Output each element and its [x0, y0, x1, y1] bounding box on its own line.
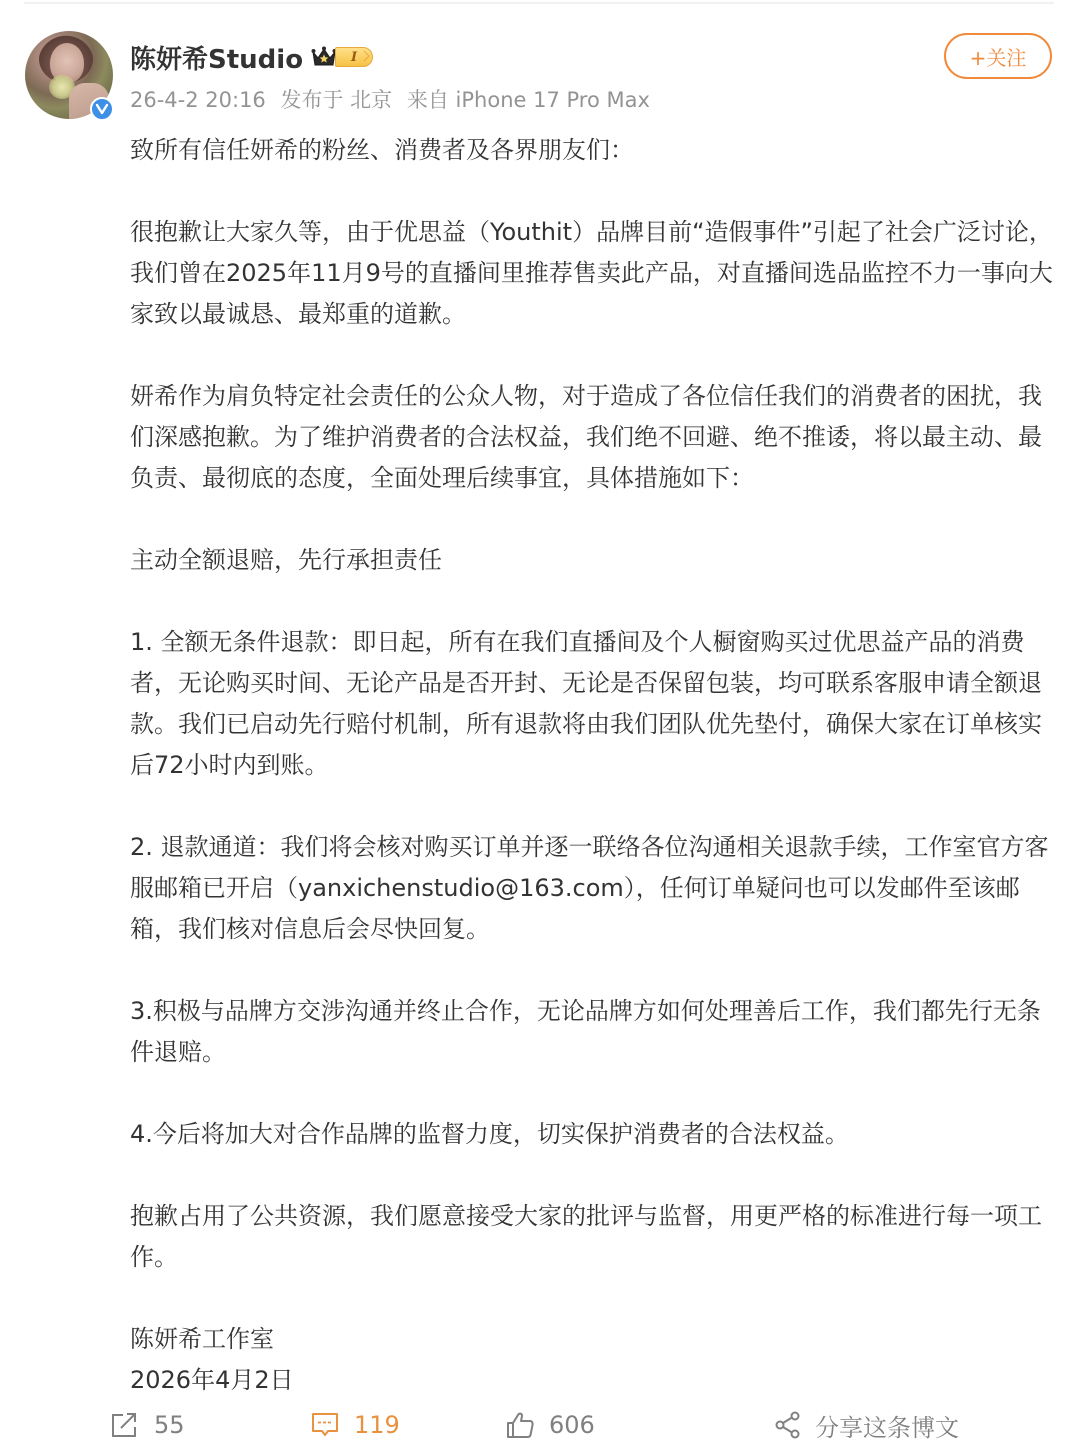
username-row: 陈妍希Studio I — [130, 37, 373, 77]
share-label: 分享这条博文 — [815, 1408, 959, 1443]
follow-button[interactable]: +关注 — [944, 33, 1052, 79]
weibo-post: 陈妍希Studio I 26-4-2 20:16 发布于 北京 来自 iPhon… — [0, 0, 1080, 1446]
repost-count: 55 — [154, 1411, 185, 1439]
vip-level: I — [335, 47, 373, 67]
post-location: 发布于 北京 — [280, 88, 392, 112]
signature-date: 2026年4月2日 — [130, 1360, 1055, 1401]
post-content: 致所有信任妍希的粉丝、消费者及各界朋友们： 很抱歉让大家久等，由于优思益（You… — [130, 130, 1055, 1401]
measure-4-paragraph: 4.今后将加大对合作品牌的监督力度，切实保护消费者的合法权益。 — [130, 1114, 1055, 1155]
closing-paragraph: 抱歉占用了公共资源，我们愿意接受大家的批评与监督，用更严格的标准进行每一项工作。 — [130, 1196, 1055, 1278]
vip-badge[interactable]: I — [311, 44, 373, 70]
action-bar: 55 119 606 分享这条博文 — [0, 1404, 1080, 1446]
apology-paragraph: 很抱歉让大家久等，由于优思益（Youthit）品牌目前“造假事件”引起了社会广泛… — [130, 212, 1055, 335]
section-heading: 主动全额退赔，先行承担责任 — [130, 540, 1055, 581]
share-button[interactable]: 分享这条博文 — [775, 1404, 959, 1446]
share-icon — [775, 1411, 801, 1439]
comment-icon — [310, 1410, 340, 1440]
greeting-paragraph: 致所有信任妍希的粉丝、消费者及各界朋友们： — [130, 130, 1055, 171]
measure-3-paragraph: 3.积极与品牌方交涉沟通并终止合作，无论品牌方如何处理善后工作，我们都先行无条件… — [130, 991, 1055, 1073]
post-header: 陈妍希Studio I 26-4-2 20:16 发布于 北京 来自 iPhon… — [0, 0, 1080, 120]
measure-2-paragraph: 2. 退款通道：我们将会核对购买订单并逐一联络各位沟通相关退款手续，工作室官方客… — [130, 827, 1055, 950]
signature-name: 陈妍希工作室 — [130, 1319, 1055, 1360]
post-meta: 26-4-2 20:16 发布于 北京 来自 iPhone 17 Pro Max — [130, 84, 658, 114]
comment-button[interactable]: 119 — [310, 1404, 400, 1446]
verified-icon — [90, 97, 114, 121]
post-time[interactable]: 26-4-2 20:16 — [130, 88, 266, 112]
like-count: 606 — [549, 1411, 595, 1439]
username[interactable]: 陈妍希Studio — [130, 39, 303, 76]
repost-icon — [110, 1411, 140, 1439]
repost-button[interactable]: 55 — [110, 1404, 185, 1446]
thumbs-up-icon — [505, 1410, 535, 1440]
like-button[interactable]: 606 — [505, 1404, 595, 1446]
crown-icon — [311, 46, 337, 68]
measure-1-paragraph: 1. 全额无条件退款：即日起，所有在我们直播间及个人橱窗购买过优思益产品的消费者… — [130, 622, 1055, 786]
comment-count: 119 — [354, 1411, 400, 1439]
responsibility-paragraph: 妍希作为肩负特定社会责任的公众人物，对于造成了各位信任我们的消费者的困扰，我们深… — [130, 376, 1055, 499]
post-source: 来自 iPhone 17 Pro Max — [407, 88, 650, 112]
